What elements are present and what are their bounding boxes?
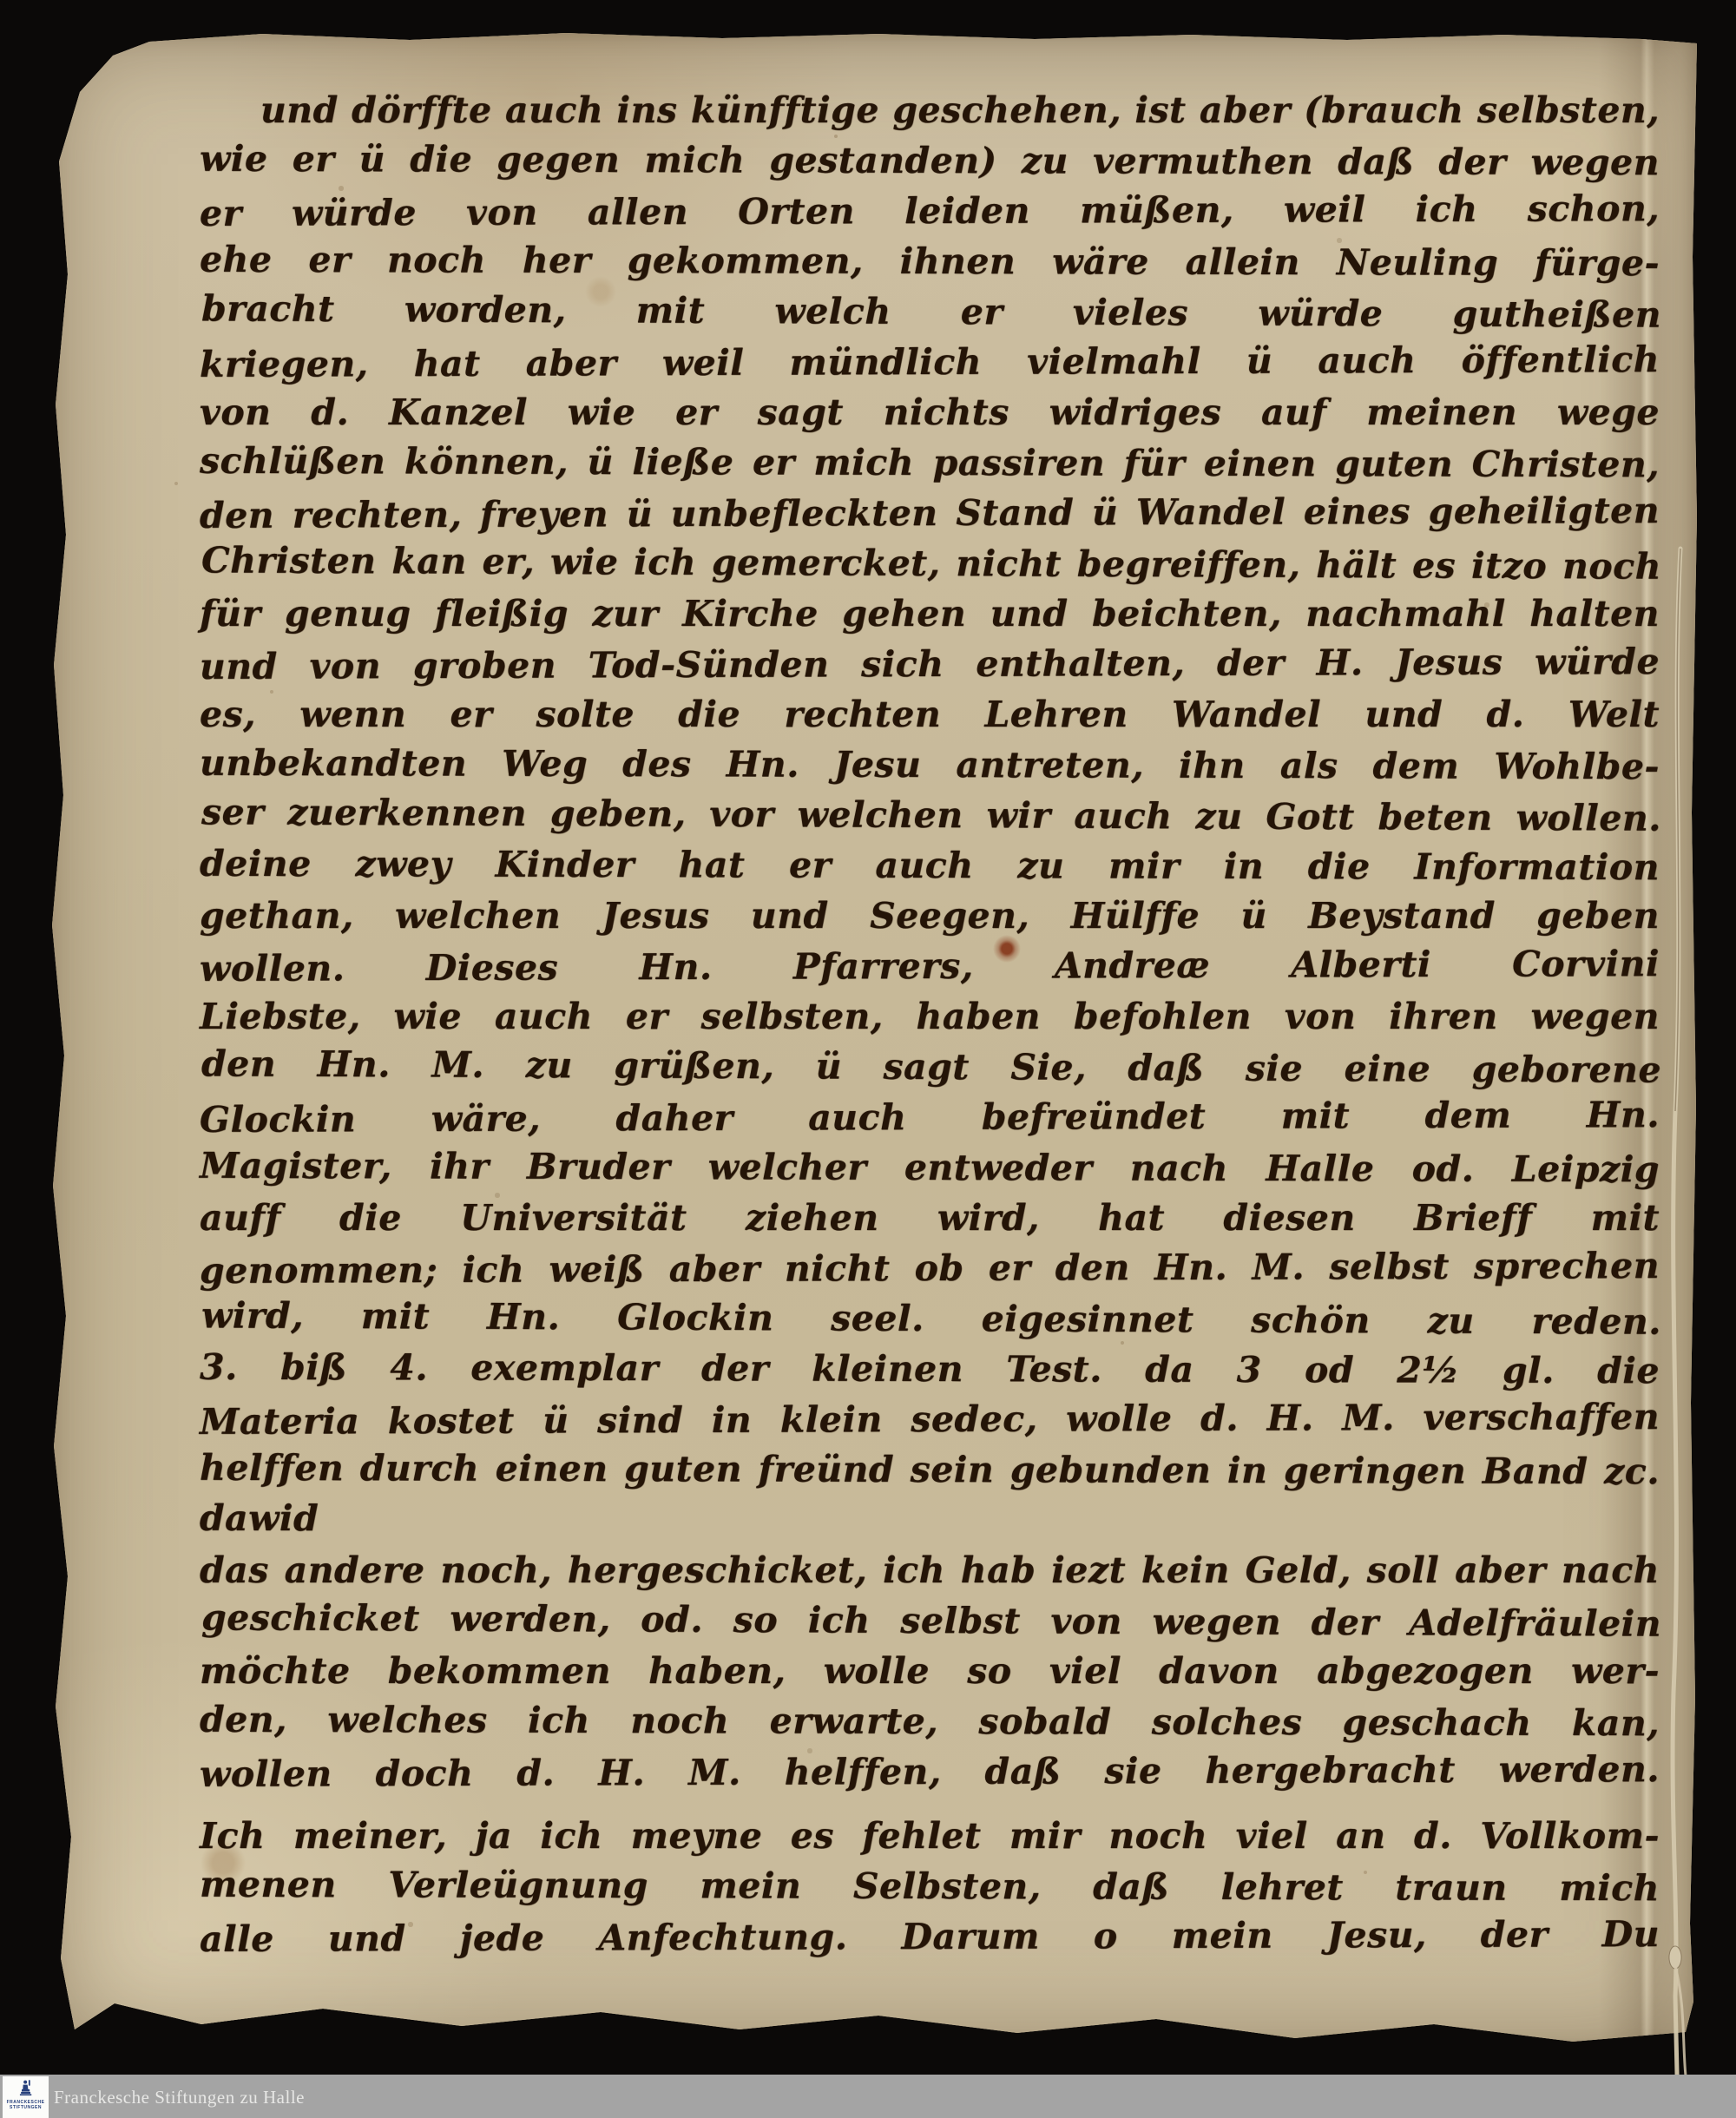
manuscript-line: Liebste, wie auch er selbsten, haben bef… xyxy=(200,991,1660,1042)
footer-bar: FRANCKESCHE STIFTUNGEN Franckesche Stift… xyxy=(0,2075,1736,2118)
manuscript-line: den, welches ich noch erwarte, sobald so… xyxy=(200,1694,1660,1748)
manuscript-line: Magister, ihr Bruder welcher entweder na… xyxy=(200,1141,1660,1194)
manuscript-line: unbekandten Weg des Hn. Jesu antreten, i… xyxy=(200,738,1660,792)
manuscript-line: schlüßen können, ü ließe er mich passire… xyxy=(200,436,1660,490)
manuscript-line: 3. biß 4. exemplar der kleinen Test. da … xyxy=(200,1342,1660,1396)
manuscript-line: ehe er noch her gekommen, ihnen wäre all… xyxy=(200,234,1660,288)
manuscript-line: gethan, welchen Jesus und Seegen, Hülffe… xyxy=(200,891,1660,941)
francke-statue-icon xyxy=(17,2079,35,2100)
manuscript-line: Glockin wäre, daher auch befreündet mit … xyxy=(200,1089,1660,1145)
manuscript-line: wird, mit Hn. Glockin seel. eigesinnet s… xyxy=(201,1290,1661,1346)
manuscript-line: möchte bekommen haben, wolle so viel dav… xyxy=(200,1646,1660,1696)
manuscript-line: es, wenn er solte die rechten Lehren Wan… xyxy=(200,689,1660,740)
manuscript-line: deine zwey Kinder hat er auch zu mir in … xyxy=(200,839,1660,892)
manuscript-closing-paragraph: Ich meiner, ja ich meyne es fehlet mir n… xyxy=(200,1811,1660,1962)
scan-viewer-page: { "theme": { "background": "#0b0908", "p… xyxy=(0,0,1736,2118)
footer-institution-title: Franckesche Stiftungen zu Halle xyxy=(54,2075,305,2118)
manuscript-line: den Hn. M. zu grüßen, ü sagt Sie, daß si… xyxy=(201,1038,1661,1095)
manuscript-line: Christen kan er, wie ich gemercket, nich… xyxy=(201,535,1661,591)
manuscript-line: Ich meiner, ja ich meyne es fehlet mir n… xyxy=(200,1811,1660,1861)
manuscript-line: wollen doch d. H. M. helffen, daß sie he… xyxy=(200,1744,1660,1799)
manuscript-line: den rechten, freyen ü unbefleckten Stand… xyxy=(200,485,1660,541)
manuscript-line: wie er ü die gegen mich gestanden) zu ve… xyxy=(200,134,1660,187)
manuscript-line: von d. Kanzel wie er sagt nichts widrige… xyxy=(200,387,1660,437)
manuscript-line: das andere noch, hergeschicket, ich hab … xyxy=(200,1545,1660,1595)
manuscript-line: geschicket werden, od. so ich selbst von… xyxy=(201,1592,1661,1648)
manuscript-line: und dörffte auch ins künfftige geschehen… xyxy=(200,85,1660,135)
manuscript-line: wollen. Dieses Hn. Pfarrers, Andreæ Albe… xyxy=(200,938,1660,994)
manuscript-line: menen Verleügnung mein Selbsten, daß leh… xyxy=(200,1859,1660,1913)
manuscript-line: Materia kostet ü sind in klein sedec, wo… xyxy=(200,1391,1660,1447)
manuscript-line: bracht worden, mit welch er vieles würde… xyxy=(201,283,1661,339)
manuscript-page: und dörffte auch ins künfftige geschehen… xyxy=(45,31,1697,2054)
manuscript-line: helffen durch einen guten freünd sein ge… xyxy=(200,1443,1660,1547)
manuscript-line: ser zuerkennen geben, vor welchen wir au… xyxy=(201,786,1661,843)
manuscript-line: für genug fleißig zur Kirche gehen und b… xyxy=(200,589,1660,639)
manuscript-line: genommen; ich weiß aber nicht ob er den … xyxy=(200,1240,1660,1296)
manuscript-line: kriegen, hat aber weil mündlich vielmahl… xyxy=(200,334,1660,390)
manuscript-line: und von groben Tod-Sünden sich enthalten… xyxy=(200,636,1660,692)
institution-logo: FRANCKESCHE STIFTUNGEN xyxy=(3,2076,49,2118)
logo-text-line2: STIFTUNGEN xyxy=(10,2105,42,2110)
manuscript-line: alle und jede Anfechtung. Darum o mein J… xyxy=(200,1909,1660,1964)
manuscript-line: er würde von allen Orten leiden müßen, w… xyxy=(200,183,1660,239)
manuscript-paragraph: und dörffte auch ins künfftige geschehen… xyxy=(200,85,1660,1797)
handwriting-text: und dörffte auch ins künfftige geschehen… xyxy=(200,85,1660,1962)
manuscript-line: auff die Universität ziehen wird, hat di… xyxy=(200,1193,1660,1243)
